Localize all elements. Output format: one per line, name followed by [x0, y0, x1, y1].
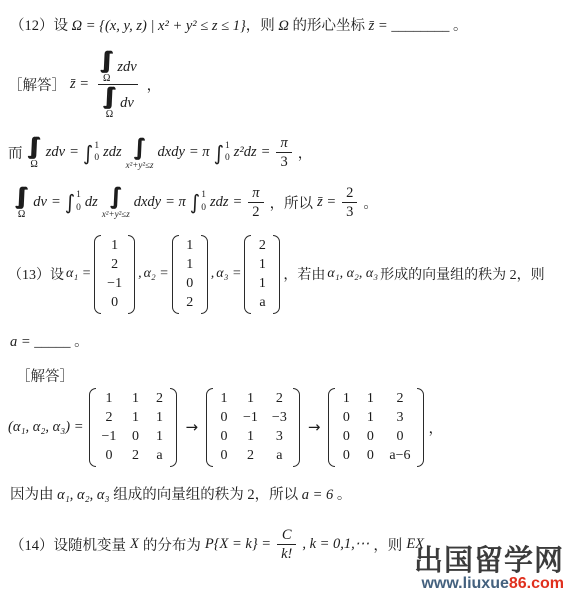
q12-integral-line-1: 而 ∫∫∫ Ω zdv = ∫ 10 zdz ∫∫ x²+y²≤z dxdy =… [8, 134, 559, 171]
integral-domain: x²+y²≤z [126, 161, 154, 170]
column-vector: 1102 [172, 235, 208, 314]
text-run: 。 [453, 18, 468, 34]
fraction-numerator: π [248, 184, 263, 202]
math-run: = [51, 194, 61, 211]
integral-bounds: 10 [76, 190, 81, 214]
math-run: = π [165, 194, 186, 211]
math-run: z²dz [234, 144, 257, 161]
math-run: dv [120, 94, 134, 112]
text-run: ， [298, 142, 313, 163]
fraction-numerator: ∫∫∫ Ω zdv [95, 49, 141, 84]
math-run: α₁, α₂, α₃ [57, 487, 109, 503]
text-run: ，则 [246, 18, 275, 34]
fraction-numerator: 2 [342, 184, 357, 202]
watermark-url-accent: 86.com [509, 575, 564, 592]
integral-with-bounds: ∫ 10 [83, 141, 99, 165]
matrix-cells: 11201300000a−6 [335, 388, 416, 467]
upper-bound: 1 [94, 142, 99, 152]
solution-label: ［解答］ [16, 369, 74, 385]
vector-cells: 1102 [179, 235, 201, 314]
matrix-cell: −1 [107, 277, 122, 291]
matrix-cell: 1 [257, 258, 267, 272]
fraction-numerator: π [276, 134, 291, 152]
matrix-cell: 0 [219, 430, 229, 444]
fraction: π 3 [276, 134, 291, 171]
q13-solution-matrices: (α₁, α₂, α₃) = 112211−10102a → 1120−1−30… [8, 388, 559, 467]
integral-bounds: 10 [225, 141, 230, 165]
math-run: = [233, 194, 243, 211]
fraction-denominator: 3 [276, 152, 291, 171]
left-paren [206, 388, 213, 467]
lower-bound: 0 [94, 154, 99, 164]
left-paren [244, 235, 251, 314]
triple-integral: ∫∫∫ Ω [99, 49, 114, 84]
right-paren [293, 388, 300, 467]
matrix-cell: 3 [274, 430, 284, 444]
matrix-cell: 2 [395, 392, 405, 406]
column-vector: 12−10 [94, 235, 135, 314]
upper-bound: 1 [225, 142, 230, 152]
math-run: = π [189, 144, 210, 161]
document-page: （12）设 Ω = {(x, y, z) | x² + y² ≤ z ≤ 1}，… [0, 0, 565, 595]
matrix-cell: 1 [341, 392, 351, 406]
q12-solution-fraction-line: ［解答］ z̄ = ∫∫∫ Ω zdv ∫∫∫ Ω dv ， [8, 49, 559, 120]
text-run: ，若由 [283, 264, 325, 284]
matrix-cell: −3 [272, 411, 287, 425]
matrix-cell: 0 [219, 411, 229, 425]
fraction-denominator: 3 [342, 202, 357, 221]
triple-integral: ∫∫∫ Ω [102, 85, 117, 120]
right-paren [128, 235, 135, 314]
math-run: zdz [210, 194, 229, 211]
fraction-denominator: k! [277, 544, 296, 563]
fraction: π 2 [248, 184, 263, 221]
text-run: 。 [363, 192, 378, 213]
matrix: 11201300000a−6 [328, 388, 423, 467]
right-paren [170, 388, 177, 467]
integral-glyph: ∫∫∫ [102, 85, 117, 109]
arrow-icon: → [308, 418, 321, 436]
math-run: zdv [117, 58, 136, 76]
left-paren [94, 235, 101, 314]
matrix-cell: 1 [365, 411, 375, 425]
q13-solution-label: ［解答］ [16, 365, 559, 386]
text-run: （14）设随机变量 [10, 534, 126, 555]
matrix-cell: a [154, 449, 164, 463]
upper-bound: 1 [76, 191, 81, 201]
integral-glyph: ∫∫ [109, 185, 123, 209]
text-run: 。 [74, 334, 89, 350]
text-run: ，所以 [270, 192, 314, 213]
integral-glyph: ∫∫ [133, 136, 147, 160]
left-paren [172, 235, 179, 314]
upper-bound: 1 [201, 191, 206, 201]
matrix-cell: a [257, 296, 267, 310]
math-run: dz [85, 194, 98, 211]
text-run: 。 [337, 487, 352, 503]
integral-glyph: ∫∫∫ [27, 135, 42, 159]
arrow-icon: → [185, 418, 198, 436]
matrix-cell: 1 [110, 239, 120, 253]
answer-blank: _____ [34, 334, 70, 350]
math-run: P{X = k} = [205, 536, 271, 553]
matrix-cell: 0 [341, 411, 351, 425]
watermark-url-main: www.liuxue [421, 575, 508, 592]
math-run: Ω = {(x, y, z) | x² + y² ≤ z ≤ 1} [72, 18, 246, 34]
triple-integral: ∫∫∫ Ω [14, 185, 29, 220]
math-run: dxdy [134, 194, 161, 211]
matrix-cell: 0 [365, 449, 375, 463]
matrix-cell: −1 [102, 430, 117, 444]
watermark-url: www.liuxue86.com [414, 576, 564, 592]
integral-glyph: ∫ [65, 192, 75, 212]
matrix-cell: a−6 [389, 449, 410, 463]
matrix-cell: 2 [245, 449, 255, 463]
matrix-cell: a [274, 449, 284, 463]
text-run: 因为由 [10, 487, 54, 503]
matrix-cell: 0 [341, 449, 351, 463]
math-run: = [261, 144, 271, 161]
math-run: dv [33, 194, 47, 211]
integral-domain: Ω [30, 160, 37, 170]
text-run: 形成的向量组的秩为 2，则 [380, 264, 545, 284]
integral-with-bounds: ∫ 10 [214, 141, 230, 165]
integral-glyph: ∫ [83, 143, 93, 163]
matrix-cell: 1 [185, 258, 195, 272]
math-run: Ω [278, 18, 289, 34]
matrix-cell: 1 [245, 430, 255, 444]
right-paren [273, 235, 280, 314]
math-run: α₁, α₂, α₃ [327, 266, 378, 282]
math-run: a = [10, 334, 31, 350]
text-run: （13）设 [8, 264, 64, 284]
integral-glyph: ∫ [190, 192, 200, 212]
left-paren [328, 388, 335, 467]
right-paren [201, 235, 208, 314]
math-run: (α₁, α₂, α₃) = [8, 419, 84, 436]
math-run: α₂ = [144, 266, 169, 282]
fraction-denominator: 2 [248, 202, 263, 221]
integral-domain: Ω [18, 210, 25, 220]
text-run: （12）设 [10, 18, 68, 34]
text-run: ， [429, 417, 444, 438]
fraction: C k! [277, 526, 296, 563]
matrix-cell: −1 [243, 411, 258, 425]
math-run: z̄ = [369, 18, 388, 34]
math-run: z̄ = [70, 76, 89, 93]
text-run: ，则 [373, 534, 402, 555]
q12-statement: （12）设 Ω = {(x, y, z) | x² + y² ≤ z ≤ 1}，… [10, 14, 559, 35]
matrix-cell: 1 [219, 392, 229, 406]
double-integral: ∫∫ x²+y²≤z [126, 136, 154, 170]
math-run: , [138, 266, 142, 282]
text-run: 组成的向量组的秩为 2，所以 [113, 487, 298, 503]
matrix-cell: 0 [130, 430, 140, 444]
integral-glyph: ∫∫∫ [99, 49, 114, 73]
text-run: 的形心坐标 [293, 18, 366, 34]
lower-bound: 0 [225, 154, 230, 164]
integral-glyph: ∫∫∫ [14, 185, 29, 209]
matrix: 1120−1−301302a [206, 388, 300, 467]
matrix-cell: 1 [130, 392, 140, 406]
answer-blank: ________ [391, 18, 449, 34]
matrix-cells: 1120−1−301302a [213, 388, 293, 467]
matrix-cell: 0 [365, 430, 375, 444]
matrix-cell: 2 [185, 296, 195, 310]
math-run: zdz [103, 144, 122, 161]
matrix: 112211−10102a [89, 388, 178, 467]
matrix-cell: 1 [130, 411, 140, 425]
q12-integral-line-2: ∫∫∫ Ω dv = ∫ 10 dz ∫∫ x²+y²≤z dxdy = π ∫… [14, 184, 559, 221]
vector-cells: 211a [251, 235, 273, 314]
matrix-cell: 2 [274, 392, 284, 406]
matrix-cell: 2 [130, 449, 140, 463]
matrix-cell: 0 [185, 277, 195, 291]
vector-cells: 12−10 [101, 235, 128, 314]
matrix-cell: 0 [219, 449, 229, 463]
integral-bounds: 10 [94, 141, 99, 165]
math-run: , k = 0,1,⋯ [302, 536, 369, 553]
matrix-cell: 2 [257, 239, 267, 253]
fraction-denominator: ∫∫∫ Ω dv [98, 84, 138, 120]
integral-with-bounds: ∫ 10 [65, 190, 81, 214]
q13-conclusion: 因为由 α₁, α₂, α₃ 组成的向量组的秩为 2，所以 a = 6 。 [10, 483, 559, 504]
right-paren [417, 388, 424, 467]
matrix-cell: 0 [395, 430, 405, 444]
matrix-cell: 1 [104, 392, 114, 406]
integral-bounds: 10 [201, 190, 206, 214]
integral-domain: Ω [106, 110, 113, 120]
math-run: = [69, 144, 79, 161]
fraction: 2 3 [342, 184, 357, 221]
integral-domain: Ω [103, 74, 110, 84]
matrix-cell: 2 [154, 392, 164, 406]
matrix-cell: 1 [185, 239, 195, 253]
left-paren [89, 388, 96, 467]
text-run: 的分布为 [143, 534, 201, 555]
math-run: zdv [46, 144, 65, 161]
matrix-cell: 1 [154, 411, 164, 425]
matrix-cell: 1 [365, 392, 375, 406]
math-run: , [211, 266, 215, 282]
matrix-cells: 112211−10102a [96, 388, 171, 467]
text-run: 而 [8, 142, 23, 163]
lower-bound: 0 [76, 204, 81, 214]
double-integral: ∫∫ x²+y²≤z [102, 185, 130, 219]
matrix-cell: 0 [110, 296, 120, 310]
matrix-cell: 2 [104, 411, 114, 425]
lower-bound: 0 [201, 204, 206, 214]
solution-label: ［解答］ [8, 74, 66, 95]
q13-statement: （13）设 α₁ = 12−10 , α₂ = 1102 , α₃ = 211a… [8, 235, 559, 314]
math-run: a = 6 [302, 487, 334, 503]
matrix-cell: 0 [341, 430, 351, 444]
integral-glyph: ∫ [214, 143, 224, 163]
q13-answer-blank-line: a = _____ 。 [10, 330, 559, 351]
matrix-cell: 1 [154, 430, 164, 444]
fraction: ∫∫∫ Ω zdv ∫∫∫ Ω dv [95, 49, 141, 120]
math-run: z̄ = [317, 194, 336, 211]
math-run: X [130, 536, 139, 553]
integral-with-bounds: ∫ 10 [190, 190, 206, 214]
watermark-brand: 出国留学网 [414, 547, 564, 576]
math-run: dxdy [158, 144, 185, 161]
integral-domain: x²+y²≤z [102, 210, 130, 219]
column-vector: 211a [244, 235, 280, 314]
matrix-cell: 1 [257, 277, 267, 291]
triple-integral: ∫∫∫ Ω [27, 135, 42, 170]
matrix-cell: 3 [395, 411, 405, 425]
math-run: α₃ = [216, 266, 241, 282]
math-run: α₁ = [66, 266, 91, 282]
matrix-cell: 1 [245, 392, 255, 406]
text-run: ， [147, 74, 162, 95]
watermark: 出国留学网 www.liuxue86.com [414, 547, 564, 592]
fraction-numerator: C [278, 526, 296, 544]
matrix-cell: 0 [104, 449, 114, 463]
matrix-cell: 2 [110, 258, 120, 272]
